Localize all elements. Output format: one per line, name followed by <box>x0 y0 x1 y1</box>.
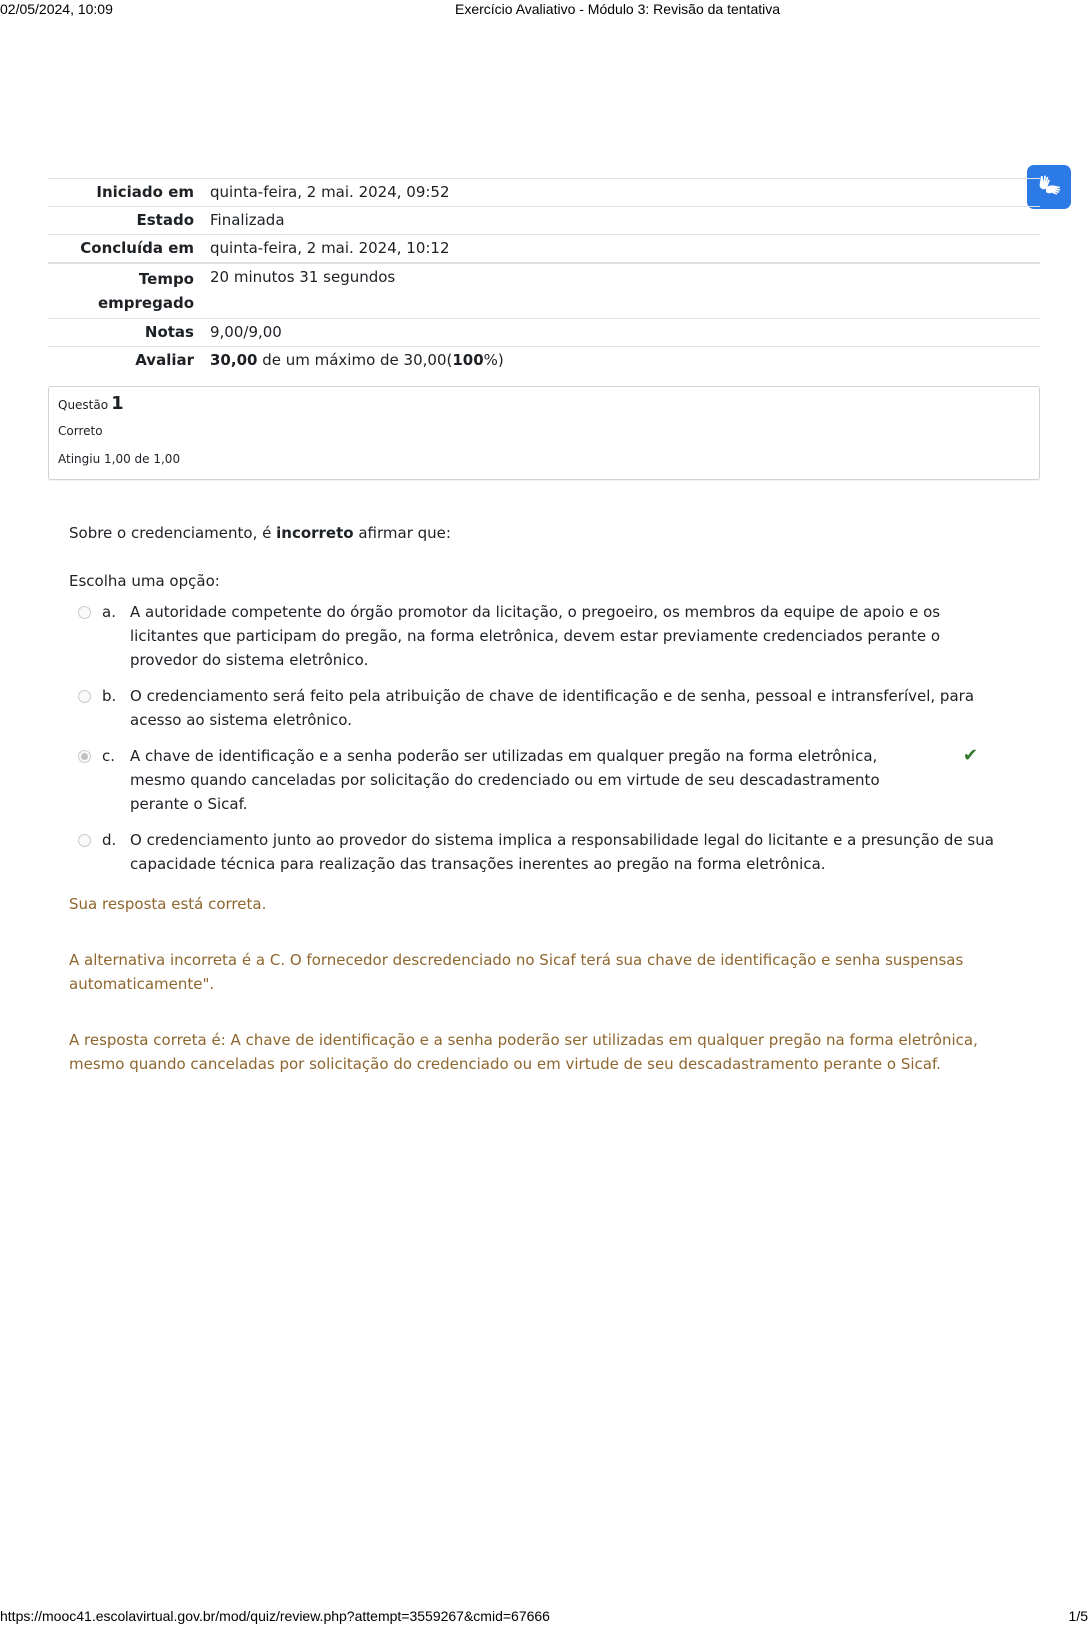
feedback-right-answer: A resposta correta é: A chave de identif… <box>69 1028 989 1076</box>
print-url: https://mooc41.escolavirtual.gov.br/mod/… <box>0 1607 550 1625</box>
answer-text: O credenciamento será feito pela atribui… <box>130 687 974 729</box>
question-grade: Atingiu 1,00 de 1,00 <box>58 452 180 466</box>
answer-letter: b. <box>102 684 116 708</box>
answer-letter: d. <box>102 828 116 852</box>
summary-value: quinta-feira, 2 mai. 2024, 10:12 <box>202 235 1040 264</box>
answer-letter: c. <box>102 744 115 768</box>
grade-percent: 100 <box>452 351 483 369</box>
radio-button-selected[interactable] <box>78 750 91 763</box>
answer-text: A chave de identificação e a senha poder… <box>130 747 880 813</box>
summary-label: Estado <box>48 207 202 235</box>
answer-options: a. A autoridade competente do órgão prom… <box>78 600 1018 888</box>
summary-label: Avaliar <box>48 347 202 375</box>
summary-value: Finalizada <box>202 207 1040 235</box>
answer-option-a[interactable]: a. A autoridade competente do órgão prom… <box>78 600 1018 672</box>
summary-row-marks: Notas 9,00/9,00 <box>48 319 1040 347</box>
summary-value: quinta-feira, 2 mai. 2024, 09:52 <box>202 179 1040 207</box>
question-info-box: Questão1 Correto Atingiu 1,00 de 1,00 <box>48 386 1040 480</box>
radio-button[interactable] <box>78 690 91 703</box>
summary-value: 30,00 de um máximo de 30,00(100%) <box>202 347 1040 375</box>
grade-suffix: %) <box>484 351 504 369</box>
print-page-title: Exercício Avaliativo - Módulo 3: Revisão… <box>455 0 780 18</box>
answer-option-b[interactable]: b. O credenciamento será feito pela atri… <box>78 684 1018 732</box>
feedback-status: Sua resposta está correta. <box>69 892 989 916</box>
summary-row-time-taken: Tempo empregado 20 minutos 31 segundos <box>48 263 1040 319</box>
radio-button[interactable] <box>78 834 91 847</box>
summary-row-state: Estado Finalizada <box>48 207 1040 235</box>
answer-text: O credenciamento junto ao provedor do si… <box>130 831 994 873</box>
summary-label: Concluída em <box>48 235 202 264</box>
attempt-summary-table: Iniciado em quinta-feira, 2 mai. 2024, 0… <box>48 178 1040 374</box>
answer-letter: a. <box>102 600 116 624</box>
question-state: Correto <box>58 424 103 438</box>
question-text-end: afirmar que: <box>354 524 451 542</box>
summary-row-completed: Concluída em quinta-feira, 2 mai. 2024, … <box>48 235 1040 264</box>
correct-check-icon: ✔ <box>963 744 978 768</box>
question-text: Sobre o credenciamento, é incorreto afir… <box>69 522 451 544</box>
print-page-number: 1/5 <box>1069 1607 1088 1625</box>
print-datetime: 02/05/2024, 10:09 <box>0 0 113 18</box>
answer-prompt: Escolha uma opção: <box>69 570 220 592</box>
grade-middle: de um máximo de 30,00( <box>257 351 452 369</box>
summary-label: Notas <box>48 319 202 347</box>
radio-button[interactable] <box>78 606 91 619</box>
question-prefix: Questão <box>58 398 108 412</box>
print-header: 02/05/2024, 10:09 Exercício Avaliativo -… <box>0 0 1088 18</box>
answer-option-c[interactable]: c. A chave de identificação e a senha po… <box>78 744 1018 816</box>
question-number-value: 1 <box>111 393 124 414</box>
summary-label: Tempo empregado <box>48 263 202 319</box>
question-text-emphasis: incorreto <box>276 524 353 542</box>
answer-option-d[interactable]: d. O credenciamento junto ao provedor do… <box>78 828 1018 876</box>
summary-value: 9,00/9,00 <box>202 319 1040 347</box>
summary-label: Iniciado em <box>48 179 202 207</box>
grade-score: 30,00 <box>210 351 257 369</box>
summary-row-started: Iniciado em quinta-feira, 2 mai. 2024, 0… <box>48 179 1040 207</box>
summary-row-grade: Avaliar 30,00 de um máximo de 30,00(100%… <box>48 347 1040 375</box>
question-text-start: Sobre o credenciamento, é <box>69 524 276 542</box>
question-number: Questão1 <box>58 393 124 414</box>
summary-value: 20 minutos 31 segundos <box>202 263 1040 319</box>
answer-text: A autoridade competente do órgão promoto… <box>130 603 940 669</box>
feedback-explanation: A alternativa incorreta é a C. O fornece… <box>69 948 989 996</box>
print-footer: https://mooc41.escolavirtual.gov.br/mod/… <box>0 1607 1088 1625</box>
